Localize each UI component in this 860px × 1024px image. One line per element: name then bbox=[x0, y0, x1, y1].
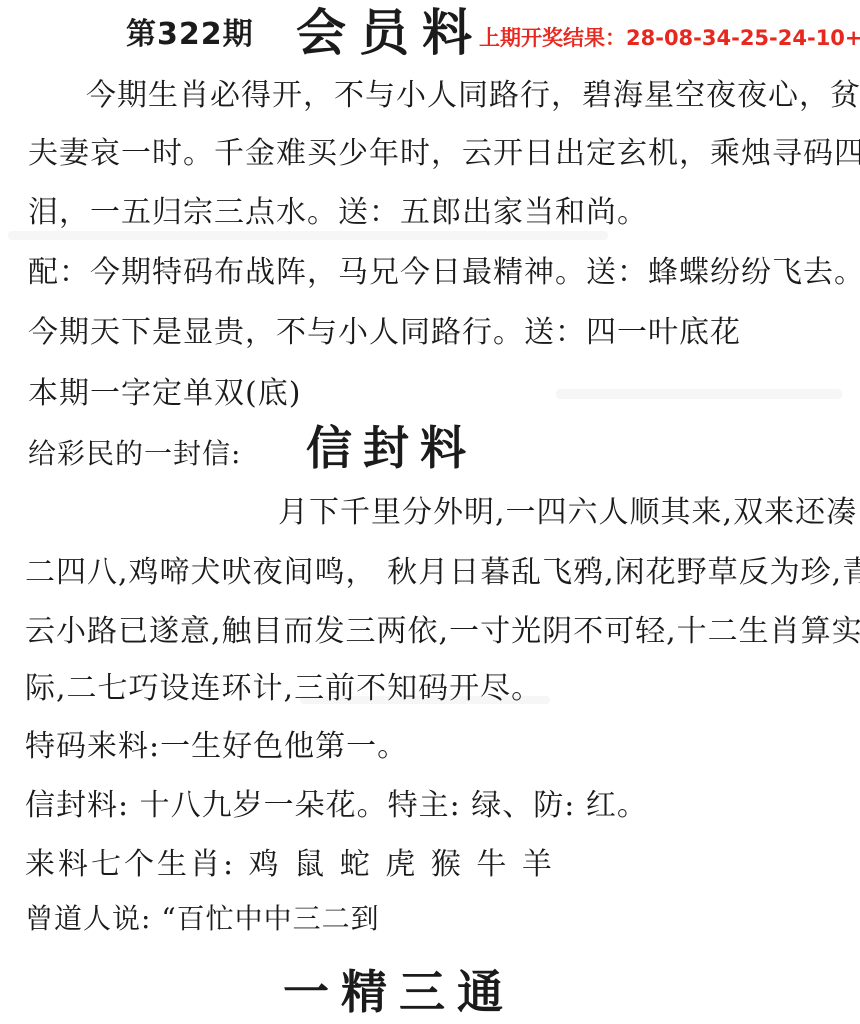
letter-line: 云小路已遂意,触目而发三两依,一寸光阴不可轻,十二生肖算实 bbox=[25, 615, 860, 650]
last-draw-result: 上期开奖结果：28-08-34-25-24-10+23 bbox=[479, 26, 860, 50]
footer-title: 一精三通 bbox=[283, 966, 515, 1019]
pei-tip-line: 配：今期特码布战阵，马兄今日最精神。送：蜂蝶纷纷飞去。 bbox=[28, 256, 860, 291]
scan-artifact bbox=[300, 696, 550, 704]
single-double-line: 本期一字定单双(底) bbox=[28, 377, 301, 412]
special-code-line: 特码来料:一生好色他第一。 bbox=[25, 730, 408, 765]
letter-line: 月下千里分外明,一四六人顺其来,双来还凑 bbox=[278, 496, 857, 531]
envelope-tip-line: 信封料: 十八九岁一朵花。特主: 绿、防: 红。 bbox=[25, 789, 648, 824]
verse-line: 泪，一五归宗三点水。送：五郎出家当和尚。 bbox=[28, 196, 648, 231]
envelope-section-title: 信封料 bbox=[306, 422, 477, 475]
scan-artifact bbox=[8, 231, 608, 240]
zodiac-tip-line: 来料七个生肖: 鸡 鼠 蛇 虎 猴 牛 羊 bbox=[25, 848, 555, 883]
member-sheet-page: 第322期 会员料 上期开奖结果：28-08-34-25-24-10+23 今期… bbox=[0, 0, 860, 1024]
zengdaoren-quote-line: 曾道人说: “百忙中中三二到 bbox=[25, 903, 380, 935]
letter-line: 二四八,鸡啼犬吠夜间鸣， 秋月日暮乱飞鸦,闲花野草反为珍,青 bbox=[25, 556, 860, 591]
issue-number: 第322期 bbox=[126, 18, 254, 53]
scan-artifact bbox=[556, 389, 842, 399]
letter-intro-label: 给彩民的一封信: bbox=[28, 438, 241, 470]
verse-line: 今期生肖必得开，不与小人同路行，碧海星空夜夜心，贫同 bbox=[86, 79, 860, 114]
last-draw-result-numbers: 28-08-34-25-24-10+23 bbox=[626, 26, 860, 50]
verse-line: 夫妻哀一时。千金难买少年时，云开日出定玄机，乘烛寻码四九 bbox=[28, 137, 860, 172]
last-draw-result-label: 上期开奖结果： bbox=[479, 26, 626, 50]
page-title: 会员料 bbox=[296, 4, 485, 62]
tianxia-tip-line: 今期天下是显贵，不与小人同路行。送：四一叶底花 bbox=[28, 316, 741, 351]
